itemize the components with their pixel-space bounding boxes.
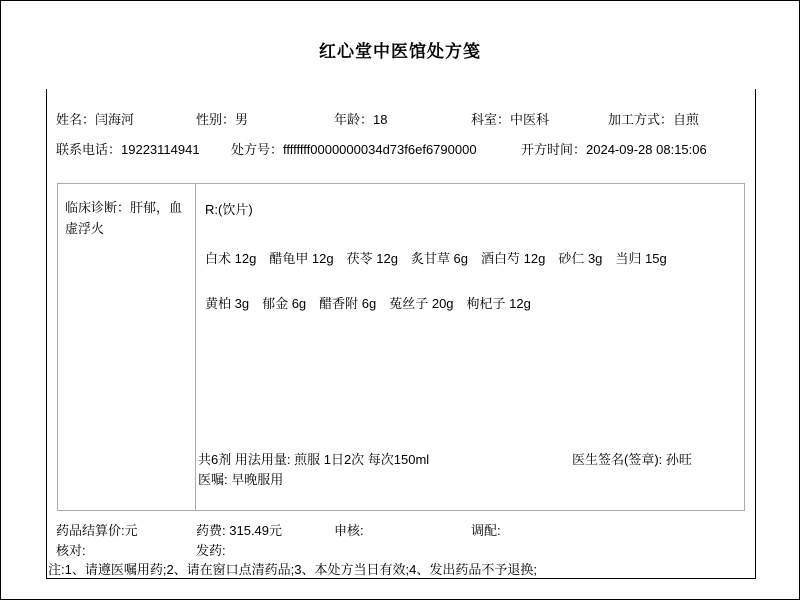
department-value: 中医科 (510, 112, 549, 127)
dispense-label: 调配: (471, 523, 501, 538)
medicine-item: 黄柏 3g (205, 296, 249, 311)
issue-field: 发药: (196, 540, 226, 559)
fee-field: 药费: 315.49元 (196, 520, 282, 539)
age-label: 年龄： (334, 112, 373, 127)
phone-value: 19223114941 (121, 142, 200, 157)
doctor-signature-value: 孙旺 (666, 452, 692, 467)
age-value: 18 (373, 112, 387, 127)
phone-field: 联系电话：19223114941 (56, 139, 200, 158)
department-label: 科室： (471, 112, 510, 127)
patient-name-label: 姓名： (56, 112, 95, 127)
medicine-item: 醋龟甲 12g (269, 251, 333, 266)
dispense-field: 调配: (471, 520, 501, 539)
dose-count: 共6剂 (198, 452, 231, 467)
prescription-number-field: 处方号：ffffffff0000000034d73f6ef6790000 (231, 139, 477, 158)
prescription-page: 红心堂中医馆处方笺 姓名：闫海河 性别：男 年龄：18 科室：中医科 加工方式：… (0, 0, 800, 600)
department-field: 科室：中医科 (471, 109, 549, 128)
gender-field: 性别：男 (196, 109, 248, 128)
medicine-item: 酒白芍 12g (481, 251, 545, 266)
advice-line: 医嘱: 早晚服用 (198, 469, 283, 488)
medicine-line-2: 黄柏 3g郁金 6g醋香附 6g菟丝子 20g枸杞子 12g (205, 293, 531, 312)
prescription-number-value: ffffffff0000000034d73f6ef6790000 (283, 142, 477, 157)
processing-method-field: 加工方式：自煎 (608, 109, 699, 128)
medicine-item: 郁金 6g (262, 296, 306, 311)
medicine-item: 醋香附 6g (319, 296, 376, 311)
prescription-time-value: 2024-09-28 08:15:06 (586, 142, 707, 157)
settle-price-field: 药品结算价:元 (56, 520, 138, 539)
check-label: 核对: (56, 543, 86, 558)
prescription-box: 临床诊断：肝郁，血虚浮火 R:(饮片) 白术 12g醋龟甲 12g茯苓 12g炙… (57, 183, 745, 511)
review-field: 申核: (334, 520, 364, 539)
usage-label: 用法用量: (235, 452, 291, 467)
medicine-item: 白术 12g (205, 251, 256, 266)
medicine-item: 茯苓 12g (347, 251, 398, 266)
gender-label: 性别： (196, 112, 235, 127)
notes-line: 注:1、请遵医嘱用药;2、请在窗口点清药品;3、本处方当日有效;4、发出药品不予… (48, 559, 537, 578)
phone-label: 联系电话： (56, 142, 121, 157)
diagnosis-label: 临床诊断： (65, 200, 130, 215)
advice-label: 医嘱: (198, 472, 228, 487)
medicine-item: 炙甘草 6g (411, 251, 468, 266)
doctor-signature-label: 医生签名(签章): (572, 452, 662, 467)
check-field: 核对: (56, 540, 86, 559)
advice-value: 早晚服用 (231, 472, 283, 487)
prescription-time-label: 开方时间： (521, 142, 586, 157)
patient-name-value: 闫海河 (95, 112, 134, 127)
dosage-line: 共6剂 用法用量: 煎服 1日2次 每次150ml (198, 449, 429, 468)
issue-label: 发药: (196, 543, 226, 558)
medicine-item: 砂仁 3g (558, 251, 602, 266)
gender-value: 男 (235, 112, 248, 127)
usage-value: 煎服 1日2次 每次150ml (294, 452, 429, 467)
medicine-item: 当归 15g (615, 251, 666, 266)
fee-label: 药费: (196, 523, 226, 538)
review-label: 申核: (334, 523, 364, 538)
prescription-number-label: 处方号： (231, 142, 283, 157)
medicine-line-1: 白术 12g醋龟甲 12g茯苓 12g炙甘草 6g酒白芍 12g砂仁 3g当归 … (205, 248, 667, 267)
patient-name-field: 姓名：闫海河 (56, 109, 134, 128)
settle-price-label: 药品结算价: (56, 523, 125, 538)
fee-value: 315.49元 (229, 523, 282, 538)
diagnosis-divider (195, 184, 196, 510)
settle-price-value: 元 (125, 523, 138, 538)
processing-method-value: 自煎 (673, 112, 699, 127)
doctor-signature: 医生签名(签章): 孙旺 (572, 449, 692, 468)
processing-method-label: 加工方式： (608, 112, 673, 127)
medicine-item: 枸杞子 12g (467, 296, 531, 311)
prescription-time-field: 开方时间：2024-09-28 08:15:06 (521, 139, 707, 158)
prescription-title: 红心堂中医馆处方笺 (1, 37, 799, 62)
diagnosis-cell: 临床诊断：肝郁，血虚浮火 (65, 197, 189, 239)
age-field: 年龄：18 (334, 109, 387, 128)
rx-header: R:(饮片) (205, 199, 253, 218)
medicine-item: 菟丝子 20g (389, 296, 453, 311)
